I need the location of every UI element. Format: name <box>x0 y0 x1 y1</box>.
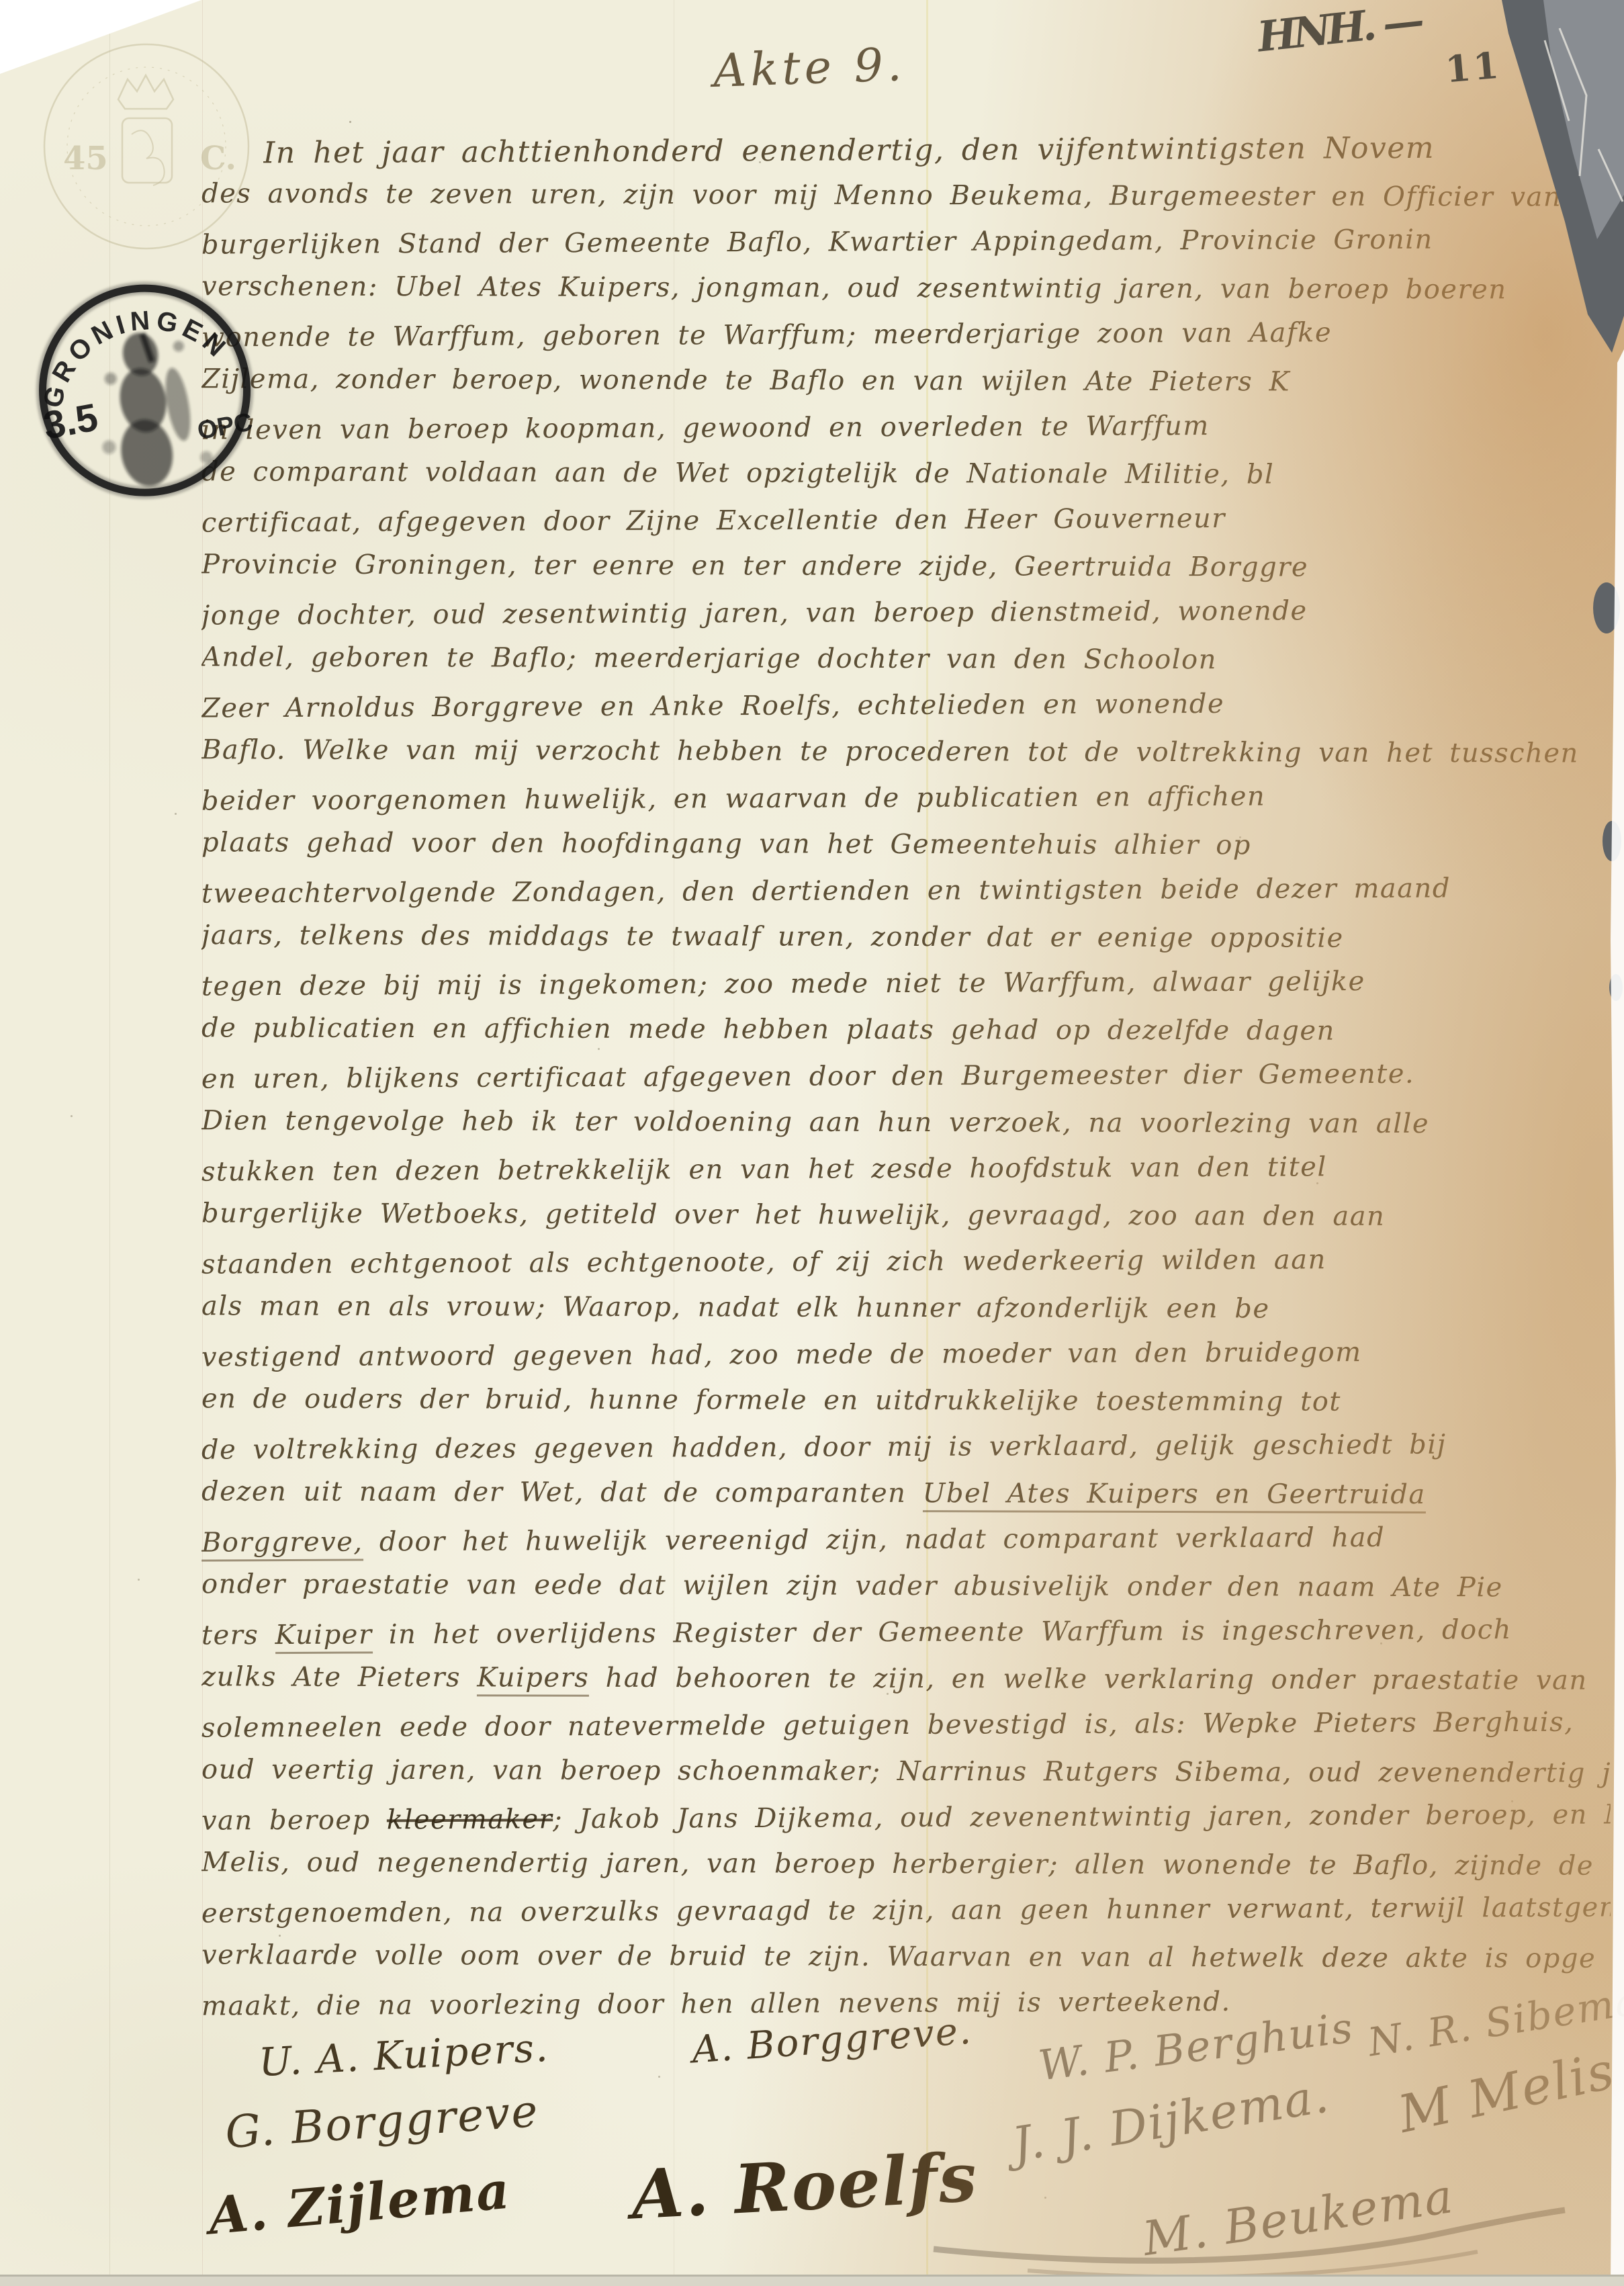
manuscript-text-segment: kleermaker <box>387 1804 553 1835</box>
manuscript-text-segment: door het huwelijk vereenigd zijn, nadat … <box>363 1522 1385 1558</box>
manuscript-line: zulks Ate Pieters Kuipers had behooren t… <box>201 1661 1611 1708</box>
manuscript-line: dezen uit naam der Wet, dat de comparant… <box>201 1475 1611 1523</box>
manuscript-text-segment: zulks Ate Pieters <box>201 1661 477 1693</box>
manuscript-text-segment: de voltrekking dezes gegeven hadden, doo… <box>201 1429 1447 1465</box>
manuscript-text-segment: Zeer Arnoldus Borggreve en Anke Roelfs, … <box>201 689 1224 724</box>
manuscript-line: burgerlijke Wetboeks, getiteld over het … <box>201 1197 1611 1245</box>
manuscript-line: de voltrekking dezes gegeven hadden, doo… <box>201 1427 1611 1478</box>
manuscript-text-segment: beider voorgenomen huwelijk, en waarvan … <box>201 781 1265 817</box>
manuscript-text-segment: jonge dochter, oud zesentwintig jaren, v… <box>201 595 1308 631</box>
manuscript-line: de comparant voldaan aan de Wet opzigtel… <box>201 455 1611 503</box>
signature: A. Roelfs <box>629 2138 979 2235</box>
manuscript-text-segment: wonende te Warffum, geboren te Warffum; … <box>201 317 1332 353</box>
manuscript-text-segment: onder praestatie van eede dat wijlen zij… <box>201 1569 1503 1603</box>
manuscript-text-segment: Melis, oud negenendertig jaren, van bero… <box>201 1847 1611 1882</box>
manuscript-line: Andel, geboren te Baflo; meerderjarige d… <box>201 641 1611 689</box>
manuscript-text-segment: des avonds te zeven uren, zijn voor mij … <box>201 178 1611 213</box>
manuscript-text-segment: Provincie Groningen, ter eenre en ter an… <box>201 549 1308 582</box>
manuscript-text-segment: burgerlijke Wetboeks, getiteld over het … <box>201 1198 1385 1232</box>
manuscript-line: Baflo. Welke van mij verzocht hebben te … <box>201 734 1611 781</box>
act-title: Akte 9. <box>713 38 907 98</box>
manuscript-line: Melis, oud negenendertig jaren, van bero… <box>201 1846 1611 1894</box>
manuscript-text-segment: de comparant voldaan aan de Wet opzigtel… <box>201 456 1274 490</box>
signature: A. Zijlema <box>206 2160 513 2246</box>
manuscript-line: ters Kuiper in het overlijdens Register … <box>201 1613 1611 1663</box>
manuscript-line: de publicatien en affichien mede hebben … <box>201 1012 1611 1059</box>
manuscript-line: Provincie Groningen, ter eenre en ter an… <box>201 548 1611 596</box>
manuscript-line: en de ouders der bruid, hunne formele en… <box>201 1382 1611 1430</box>
manuscript-text-segment: solemneelen eede door natevermelde getui… <box>201 1707 1574 1744</box>
manuscript-text-segment: burgerlijken Stand der Gemeente Baflo, K… <box>201 224 1433 261</box>
signature: M. Beukema <box>1140 2168 1457 2267</box>
manuscript-line: jonge dochter, oud zesentwintig jaren, v… <box>201 593 1611 644</box>
manuscript-line: als man en als vrouw; Waarop, nadat elk … <box>201 1290 1611 1337</box>
manuscript-text-segment: als man en als vrouw; Waarop, nadat elk … <box>201 1290 1270 1324</box>
manuscript-text-segment: Kuiper <box>275 1619 372 1654</box>
manuscript-line: verklaarde volle oom over de bruid te zi… <box>201 1939 1611 1986</box>
manuscript-line: Borggreve, door het huwelijk vereenigd z… <box>201 1520 1611 1571</box>
manuscript-text-segment: ters <box>201 1620 275 1651</box>
manuscript-text-segment: plaats gehad voor den hoofdingang van he… <box>201 827 1251 861</box>
manuscript-line: tweeachtervolgende Zondagen, den dertien… <box>201 871 1611 922</box>
manuscript-line: plaats gehad voor den hoofdingang van he… <box>201 826 1611 874</box>
manuscript-line: Dien tengevolge heb ik ter voldoening aa… <box>201 1104 1611 1152</box>
manuscript-ink-layer: Akte 9. In het jaar achttienhonderd eene… <box>0 0 1624 2286</box>
manuscript-line: vestigend antwoord gegeven had, zoo mede… <box>201 1335 1611 1385</box>
manuscript-text-segment: oud veertig jaren, van beroep schoenmake… <box>201 1754 1611 1789</box>
manuscript-text-segment: en de ouders der bruid, hunne formele en… <box>201 1383 1341 1417</box>
manuscript-text-segment: van beroep <box>201 1804 387 1836</box>
manuscript-line: staanden echtgenoot als echtgenoote, of … <box>201 1242 1611 1292</box>
manuscript-text-segment: in het overlijdens Register der Gemeente… <box>372 1614 1511 1650</box>
manuscript-text-segment: ; Jakob Jans Dijkema, oud zevenentwintig… <box>553 1799 1611 1835</box>
manuscript-text-segment: Andel, geboren te Baflo; meerderjarige d… <box>201 642 1217 675</box>
manuscript-text-segment: staanden echtgenoot als echtgenoote, of … <box>201 1244 1326 1280</box>
manuscript-text-segment: Ubel Ates Kuipers en Geertruida <box>923 1478 1426 1513</box>
manuscript-line: In het jaar achttienhonderd eenendertig,… <box>263 130 1611 181</box>
manuscript-text-segment: maakt, die na voorlezing door hen allen … <box>201 1986 1231 2022</box>
beukema-underline-flourish-2 <box>1028 2252 1478 2277</box>
manuscript-line: Zeer Arnoldus Borggreve en Anke Roelfs, … <box>201 686 1611 736</box>
manuscript-line: burgerlijken Stand der Gemeente Baflo, K… <box>201 222 1611 273</box>
manuscript-line: wonende te Warffum, geboren te Warffum; … <box>201 315 1611 365</box>
manuscript-line: in leven van beroep koopman, gewoond en … <box>201 408 1611 458</box>
manuscript-text-segment: verschenen: Ubel Ates Kuipers, jongman, … <box>201 271 1507 305</box>
manuscript-line: onder praestatie van eede dat wijlen zij… <box>201 1568 1611 1616</box>
manuscript-text-segment: de publicatien en affichien mede hebben … <box>201 1012 1335 1046</box>
manuscript-text-segment: certificaat, afgegeven door Zijne Excell… <box>201 503 1226 539</box>
manuscript-text-segment: had behooren te zijn, en welke verklarin… <box>589 1663 1588 1696</box>
manuscript-line: certificaat, afgegeven door Zijne Excell… <box>201 500 1611 551</box>
manuscript-line: van beroep kleermaker; Jakob Jans Dijkem… <box>201 1798 1611 1849</box>
manuscript-line: verschenen: Ubel Ates Kuipers, jongman, … <box>201 270 1611 318</box>
manuscript-text-segment: dezen uit naam der Wet, dat de comparant… <box>201 1476 923 1509</box>
manuscript-text-segment: tegen deze bij mij is ingekomen; zoo med… <box>201 966 1365 1002</box>
signature: G. Borggreve <box>224 2085 541 2158</box>
manuscript-line: stukken ten dezen betrekkelijk en van he… <box>201 1149 1611 1200</box>
manuscript-text-segment: Kuipers <box>477 1662 589 1696</box>
manuscript-text-segment: jaars, telkens des middags te twaalf ure… <box>201 920 1344 953</box>
manuscript-text-segment: Baflo. Welke van mij verzocht hebben te … <box>201 734 1579 768</box>
manuscript-text-segment: tweeachtervolgende Zondagen, den dertien… <box>201 873 1451 909</box>
manuscript-line: des avonds te zeven uren, zijn voor mij … <box>201 177 1611 225</box>
document-scan: 45 C. Akte 9. In het jaar achttienhonder… <box>0 0 1624 2286</box>
manuscript-line: en uren, blijkens certificaat afgegeven … <box>201 1057 1611 1107</box>
manuscript-line: jaars, telkens des middags te twaalf ure… <box>201 919 1611 967</box>
manuscript-line: Zijlema, zonder beroep, wonende te Baflo… <box>201 363 1611 410</box>
manuscript-text-segment: Borggreve, <box>201 1527 363 1562</box>
manuscript-text-segment: Dien tengevolge heb ik ter voldoening aa… <box>201 1105 1429 1139</box>
manuscript-text-segment: in leven van beroep koopman, gewoond en … <box>201 410 1210 446</box>
manuscript-text-segment: In het jaar achttienhonderd eenendertig,… <box>263 131 1435 171</box>
manuscript-text-segment: eerstgenoemden, na overzulks gevraagd te… <box>201 1892 1611 1929</box>
manuscript-text-segment: vestigend antwoord gegeven had, zoo mede… <box>201 1337 1362 1373</box>
manuscript-line: solemneelen eede door natevermelde getui… <box>201 1706 1611 1756</box>
manuscript-text-segment: en uren, blijkens certificaat afgegeven … <box>201 1059 1414 1095</box>
manuscript-line: eerstgenoemden, na overzulks gevraagd te… <box>201 1891 1611 1941</box>
manuscript-text-segment: Zijlema, zonder beroep, wonende te Baflo… <box>201 363 1290 397</box>
manuscript-text-segment: verklaarde volle oom over de bruid te zi… <box>201 1939 1596 1974</box>
manuscript-line: oud veertig jaren, van beroep schoenmake… <box>201 1753 1611 1801</box>
manuscript-line: beider voorgenomen huwelijk, en waarvan … <box>201 779 1611 829</box>
manuscript-line: tegen deze bij mij is ingekomen; zoo med… <box>201 964 1611 1014</box>
manuscript-text-segment: stukken ten dezen betrekkelijk en van he… <box>201 1151 1327 1187</box>
